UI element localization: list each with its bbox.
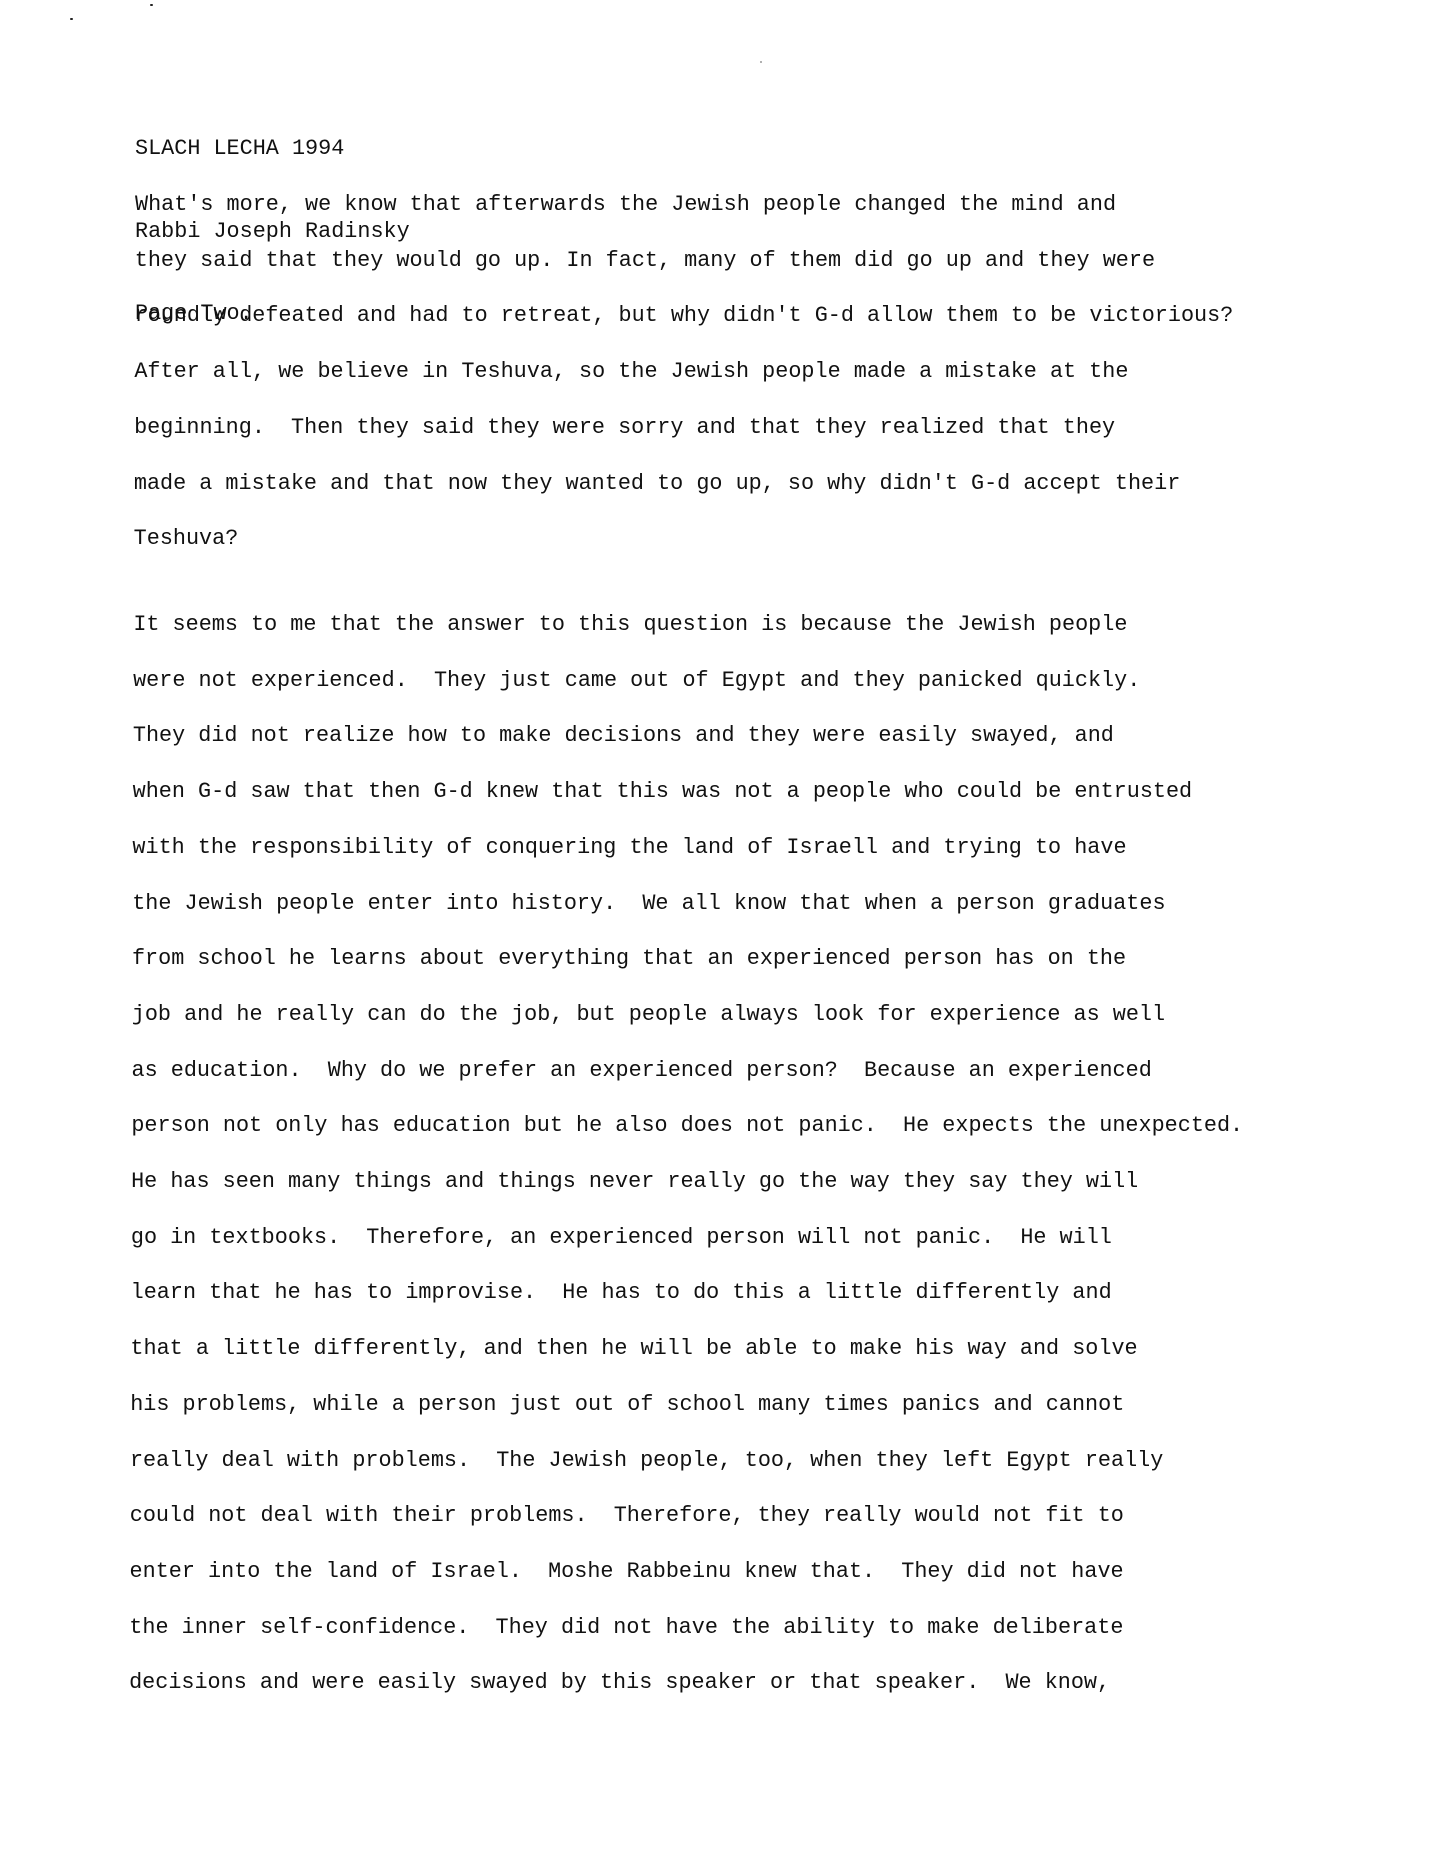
text-line: really deal with problems. The Jewish pe… (130, 1448, 1163, 1474)
sermon-title: SLACH LECHA 1994 (135, 135, 410, 163)
text-line: when G-d saw that then G-d knew that thi… (133, 779, 1193, 805)
text-line: as education. Why do we prefer an experi… (132, 1058, 1152, 1084)
text-line: They did not realize how to make decisio… (133, 723, 1114, 749)
text-line: beginning. Then they said they were sorr… (134, 415, 1115, 441)
text-line: the Jewish people enter into history. We… (132, 891, 1165, 917)
scan-speck (150, 4, 153, 6)
text-line: that a little differently, and then he w… (130, 1336, 1137, 1362)
text-line: person not only has education but he als… (131, 1113, 1243, 1139)
scan-speck (760, 61, 762, 63)
text-line: learn that he has to improvise. He has t… (131, 1280, 1112, 1306)
text-line: with the responsibility of conquering th… (132, 835, 1126, 861)
text-line: What's more, we know that afterwards the… (135, 192, 1116, 218)
text-line: from school he learns about everything t… (132, 946, 1126, 972)
text-line: were not experienced. They just came out… (133, 668, 1140, 694)
text-line: could not deal with their problems. Ther… (130, 1503, 1124, 1529)
text-line: enter into the land of Israel. Moshe Rab… (130, 1559, 1124, 1585)
text-line: decisions and were easily swayed by this… (129, 1670, 1110, 1696)
text-line: job and he really can do the job, but pe… (132, 1002, 1165, 1028)
text-line: Teshuva? (134, 526, 239, 552)
author-name: Rabbi Joseph Radinsky (135, 218, 410, 246)
text-line: the inner self-confidence. They did not … (129, 1615, 1123, 1641)
text-line: It seems to me that the answer to this q… (133, 612, 1127, 638)
scan-speck (70, 18, 73, 20)
document-header: SLACH LECHA 1994 Rabbi Joseph Radinsky P… (135, 80, 410, 383)
text-line: go in textbooks. Therefore, an experienc… (131, 1225, 1112, 1251)
text-line: He has seen many things and things never… (131, 1169, 1138, 1195)
document-page: SLACH LECHA 1994 Rabbi Joseph Radinsky P… (0, 0, 1430, 1851)
text-line: roundly defeated and had to retreat, but… (135, 303, 1234, 329)
text-line: they said that they would go up. In fact… (135, 248, 1155, 274)
text-line: made a mistake and that now they wanted … (134, 471, 1180, 497)
text-line: his problems, while a person just out of… (130, 1392, 1124, 1418)
text-line: After all, we believe in Teshuva, so the… (134, 359, 1128, 385)
